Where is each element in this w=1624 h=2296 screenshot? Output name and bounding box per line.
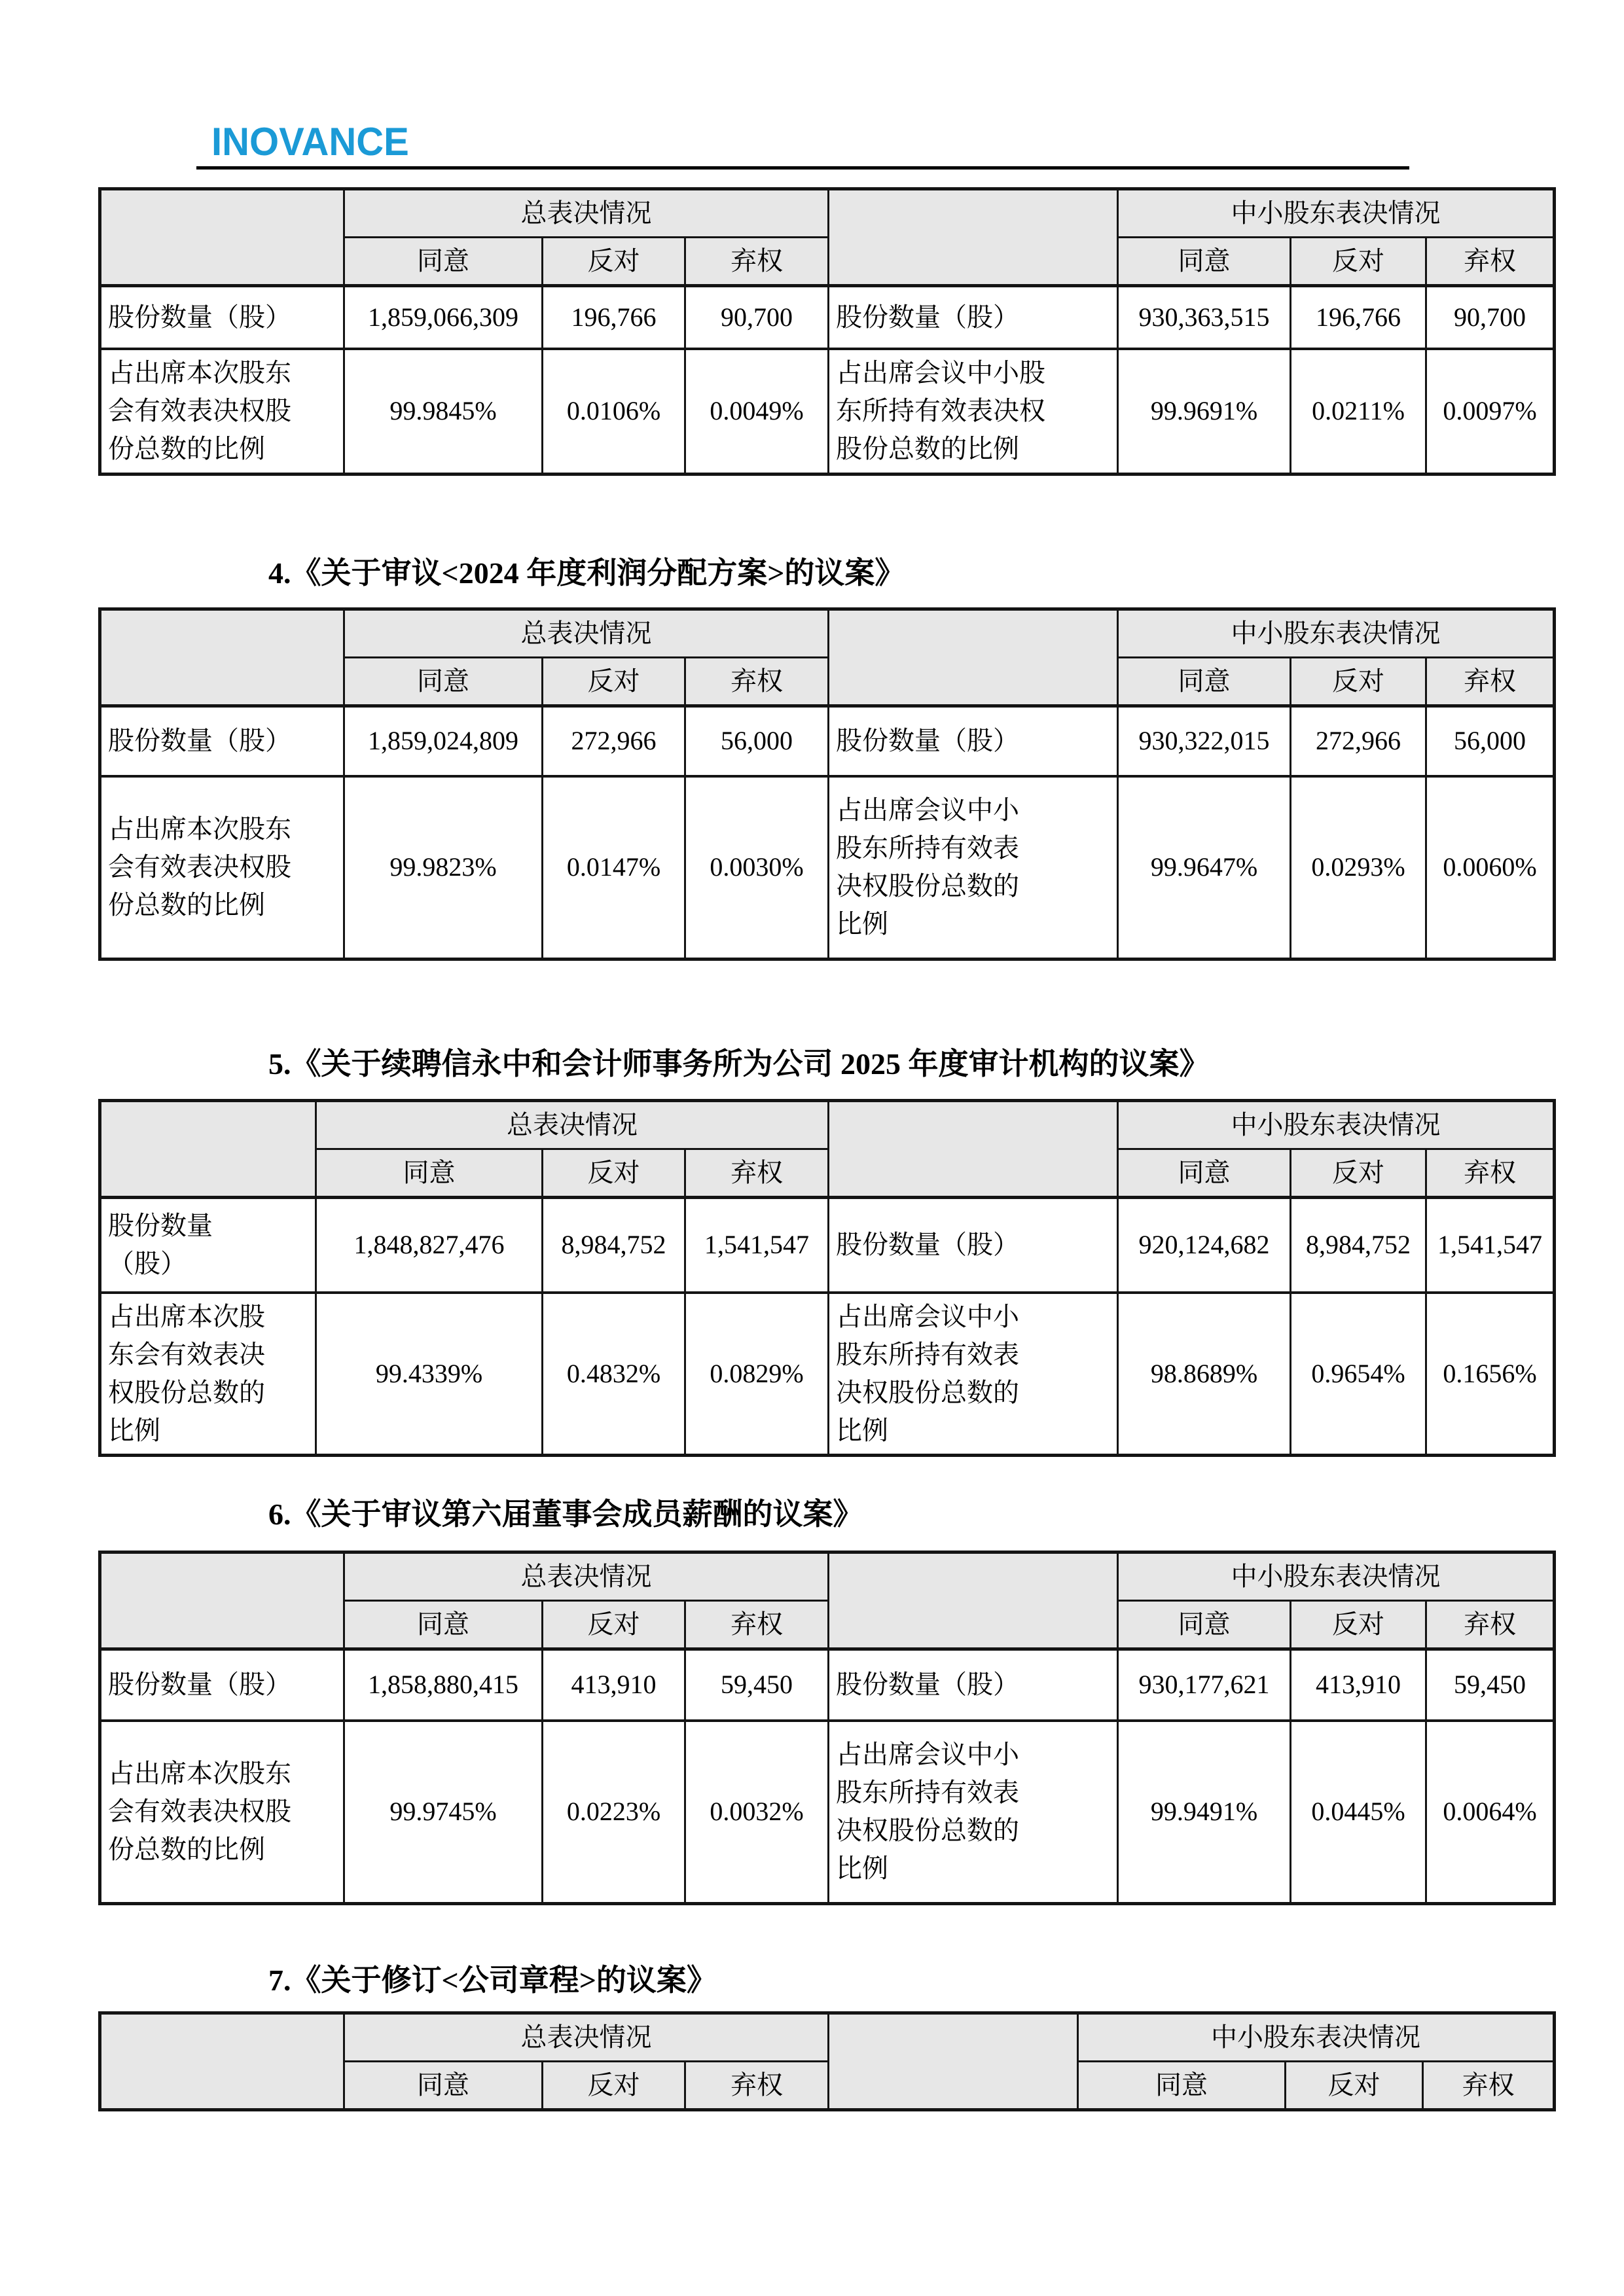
total-vote-group-header: 总表决情况 xyxy=(316,1101,829,1149)
oppose-header: 反对 xyxy=(543,2062,685,2110)
abstain-header: 弃权 xyxy=(685,238,829,286)
empty-corner-cell xyxy=(100,189,344,286)
total-vote-group-header: 总表决情况 xyxy=(344,2013,829,2062)
agree-header: 同意 xyxy=(1118,1149,1291,1198)
table-row: 总表决情况 中小股东表决情况 xyxy=(100,189,1555,238)
ratio-value: 99.9491% xyxy=(1118,1721,1291,1904)
agree-header: 同意 xyxy=(1118,1601,1291,1649)
ratio-value: 99.9845% xyxy=(344,349,543,475)
shares-label: 股份数量（股） xyxy=(100,1649,344,1721)
agree-header: 同意 xyxy=(316,1149,543,1198)
minority-vote-group-header: 中小股东表决情况 xyxy=(1118,609,1555,658)
shares-value: 56,000 xyxy=(1426,706,1555,776)
proposal-heading-7: 7.《关于修订<公司章程>的议案》 xyxy=(268,1962,717,1999)
shares-value: 1,858,880,415 xyxy=(344,1649,543,1721)
agree-header: 同意 xyxy=(344,2062,543,2110)
shares-value: 1,859,066,309 xyxy=(344,286,543,349)
oppose-header: 反对 xyxy=(543,1601,685,1649)
proposal-heading-4: 4.《关于审议<2024 年度利润分配方案>的议案》 xyxy=(268,555,905,592)
header-rule xyxy=(196,166,1409,170)
shares-label: 股份数量（股） xyxy=(100,286,344,349)
ratio-value: 0.0032% xyxy=(685,1721,829,1904)
vote-table-item-3: 总表决情况 中小股东表决情况 同意 反对 弃权 同意 反对 弃权 股份数量（股）… xyxy=(98,187,1556,476)
ratio-label: 占出席会议中小 股东所持有效表 决权股份总数的 比例 xyxy=(829,1721,1118,1904)
total-vote-group-header: 总表决情况 xyxy=(344,189,829,238)
ratio-value: 0.0211% xyxy=(1291,349,1426,475)
ratio-value: 0.0147% xyxy=(543,776,685,960)
oppose-header: 反对 xyxy=(1291,658,1426,706)
vote-table-item-4: 总表决情况 中小股东表决情况 同意 反对 弃权 同意 反对 弃权 股份数量（股）… xyxy=(98,607,1556,961)
ratio-value: 98.8689% xyxy=(1118,1293,1291,1456)
vote-table-item-6: 总表决情况 中小股东表决情况 同意 反对 弃权 同意 反对 弃权 股份数量（股）… xyxy=(98,1551,1556,1905)
shares-label: 股份数量（股） xyxy=(829,1198,1118,1293)
agree-header: 同意 xyxy=(344,238,543,286)
ratio-label: 占出席本次股东 会有效表决权股 份总数的比例 xyxy=(100,776,344,960)
oppose-header: 反对 xyxy=(1286,2062,1423,2110)
shares-value: 196,766 xyxy=(543,286,685,349)
shares-value: 272,966 xyxy=(543,706,685,776)
shares-value: 1,848,827,476 xyxy=(316,1198,543,1293)
minority-vote-group-header: 中小股东表决情况 xyxy=(1118,189,1555,238)
table-row: 总表决情况 中小股东表决情况 xyxy=(100,1101,1555,1149)
shares-value: 8,984,752 xyxy=(543,1198,685,1293)
abstain-header: 弃权 xyxy=(1426,658,1555,706)
minority-vote-group-header: 中小股东表决情况 xyxy=(1118,1552,1555,1601)
ratio-value: 0.9654% xyxy=(1291,1293,1426,1456)
shares-label: 股份数量（股） xyxy=(829,706,1118,776)
ratio-value: 99.9647% xyxy=(1118,776,1291,960)
table-row: 股份数量（股） 1,859,024,809 272,966 56,000 股份数… xyxy=(100,706,1555,776)
empty-corner-cell xyxy=(100,1552,344,1649)
total-vote-group-header: 总表决情况 xyxy=(344,1552,829,1601)
oppose-header: 反对 xyxy=(543,238,685,286)
shares-value: 930,363,515 xyxy=(1118,286,1291,349)
table-row: 占出席本次股 东会有效表决 权股份总数的 比例 99.4339% 0.4832%… xyxy=(100,1293,1555,1456)
proposal-heading-6: 6.《关于审议第六届董事会成员薪酬的议案》 xyxy=(268,1496,863,1533)
empty-corner-cell xyxy=(100,2013,344,2110)
ratio-label: 占出席本次股东 会有效表决权股 份总数的比例 xyxy=(100,1721,344,1904)
ratio-value: 99.9823% xyxy=(344,776,543,960)
ratio-value: 0.0106% xyxy=(543,349,685,475)
table-row: 总表决情况 中小股东表决情况 xyxy=(100,609,1555,658)
total-vote-group-header: 总表决情况 xyxy=(344,609,829,658)
shares-value: 59,450 xyxy=(685,1649,829,1721)
shares-value: 413,910 xyxy=(1291,1649,1426,1721)
shares-value: 59,450 xyxy=(1426,1649,1555,1721)
abstain-header: 弃权 xyxy=(1426,1601,1555,1649)
table-row: 总表决情况 中小股东表决情况 xyxy=(100,2013,1555,2062)
abstain-header: 弃权 xyxy=(685,658,829,706)
ratio-value: 0.0293% xyxy=(1291,776,1426,960)
abstain-header: 弃权 xyxy=(685,1149,829,1198)
empty-corner-cell xyxy=(829,609,1118,706)
minority-vote-group-header: 中小股东表决情况 xyxy=(1078,2013,1555,2062)
ratio-value: 0.0223% xyxy=(543,1721,685,1904)
document-page: INOVANCE 总表决情况 中小股东表决情况 同意 反对 弃权 同意 反对 弃… xyxy=(0,0,1624,2296)
proposal-heading-5: 5.《关于续聘信永中和会计师事务所为公司 2025 年度审计机构的议案》 xyxy=(268,1046,1210,1083)
ratio-value: 0.0445% xyxy=(1291,1721,1426,1904)
ratio-label: 占出席会议中小 股东所持有效表 决权股份总数的 比例 xyxy=(829,1293,1118,1456)
shares-value: 1,541,547 xyxy=(685,1198,829,1293)
table-row: 同意 反对 弃权 同意 反对 弃权 xyxy=(100,1149,1555,1198)
shares-value: 90,700 xyxy=(1426,286,1555,349)
oppose-header: 反对 xyxy=(1291,1601,1426,1649)
ratio-value: 0.0060% xyxy=(1426,776,1555,960)
abstain-header: 弃权 xyxy=(1426,1149,1555,1198)
ratio-label: 占出席本次股东 会有效表决权股 份总数的比例 xyxy=(100,349,344,475)
shares-value: 196,766 xyxy=(1291,286,1426,349)
minority-vote-group-header: 中小股东表决情况 xyxy=(1118,1101,1555,1149)
inovance-logo: INOVANCE xyxy=(211,121,409,163)
ratio-value: 0.0829% xyxy=(685,1293,829,1456)
agree-header: 同意 xyxy=(344,658,543,706)
shares-value: 1,541,547 xyxy=(1426,1198,1555,1293)
abstain-header: 弃权 xyxy=(1426,238,1555,286)
ratio-value: 99.9691% xyxy=(1118,349,1291,475)
table-row: 股份数量（股） 1,859,066,309 196,766 90,700 股份数… xyxy=(100,286,1555,349)
shares-value: 272,966 xyxy=(1291,706,1426,776)
ratio-value: 0.0049% xyxy=(685,349,829,475)
ratio-value: 0.0064% xyxy=(1426,1721,1555,1904)
ratio-value: 99.9745% xyxy=(344,1721,543,1904)
agree-header: 同意 xyxy=(344,1601,543,1649)
ratio-label: 占出席本次股 东会有效表决 权股份总数的 比例 xyxy=(100,1293,316,1456)
shares-value: 920,124,682 xyxy=(1118,1198,1291,1293)
table-row: 占出席本次股东 会有效表决权股 份总数的比例 99.9845% 0.0106% … xyxy=(100,349,1555,475)
agree-header: 同意 xyxy=(1118,658,1291,706)
ratio-value: 0.1656% xyxy=(1426,1293,1555,1456)
ratio-label: 占出席会议中小股 东所持有效表决权 股份总数的比例 xyxy=(829,349,1118,475)
table-row: 股份数量（股） 1,858,880,415 413,910 59,450 股份数… xyxy=(100,1649,1555,1721)
table-row: 占出席本次股东 会有效表决权股 份总数的比例 99.9745% 0.0223% … xyxy=(100,1721,1555,1904)
shares-label: 股份数量（股） xyxy=(829,1649,1118,1721)
oppose-header: 反对 xyxy=(1291,1149,1426,1198)
shares-value: 930,322,015 xyxy=(1118,706,1291,776)
empty-corner-cell xyxy=(829,189,1118,286)
agree-header: 同意 xyxy=(1078,2062,1286,2110)
table-row: 占出席本次股东 会有效表决权股 份总数的比例 99.9823% 0.0147% … xyxy=(100,776,1555,960)
ratio-value: 99.4339% xyxy=(316,1293,543,1456)
oppose-header: 反对 xyxy=(543,1149,685,1198)
ratio-label: 占出席会议中小 股东所持有效表 决权股份总数的 比例 xyxy=(829,776,1118,960)
shares-label: 股份数量（股） xyxy=(829,286,1118,349)
shares-value: 930,177,621 xyxy=(1118,1649,1291,1721)
ratio-value: 0.0097% xyxy=(1426,349,1555,475)
empty-corner-cell xyxy=(829,1101,1118,1198)
abstain-header: 弃权 xyxy=(685,2062,829,2110)
agree-header: 同意 xyxy=(1118,238,1291,286)
ratio-value: 0.0030% xyxy=(685,776,829,960)
vote-table-item-5: 总表决情况 中小股东表决情况 同意 反对 弃权 同意 反对 弃权 股份数量 （股… xyxy=(98,1099,1556,1457)
empty-corner-cell xyxy=(829,1552,1118,1649)
abstain-header: 弃权 xyxy=(1423,2062,1555,2110)
shares-value: 8,984,752 xyxy=(1291,1198,1426,1293)
oppose-header: 反对 xyxy=(1291,238,1426,286)
shares-value: 1,859,024,809 xyxy=(344,706,543,776)
oppose-header: 反对 xyxy=(543,658,685,706)
table-row: 总表决情况 中小股东表决情况 xyxy=(100,1552,1555,1601)
empty-corner-cell xyxy=(100,1101,316,1198)
shares-label: 股份数量（股） xyxy=(100,706,344,776)
ratio-value: 0.4832% xyxy=(543,1293,685,1456)
vote-table-item-7: 总表决情况 中小股东表决情况 同意 反对 弃权 同意 反对 弃权 xyxy=(98,2011,1556,2111)
abstain-header: 弃权 xyxy=(685,1601,829,1649)
shares-label: 股份数量 （股） xyxy=(100,1198,316,1293)
empty-corner-cell xyxy=(829,2013,1078,2110)
shares-value: 413,910 xyxy=(543,1649,685,1721)
table-row: 股份数量 （股） 1,848,827,476 8,984,752 1,541,5… xyxy=(100,1198,1555,1293)
shares-value: 56,000 xyxy=(685,706,829,776)
shares-value: 90,700 xyxy=(685,286,829,349)
empty-corner-cell xyxy=(100,609,344,706)
